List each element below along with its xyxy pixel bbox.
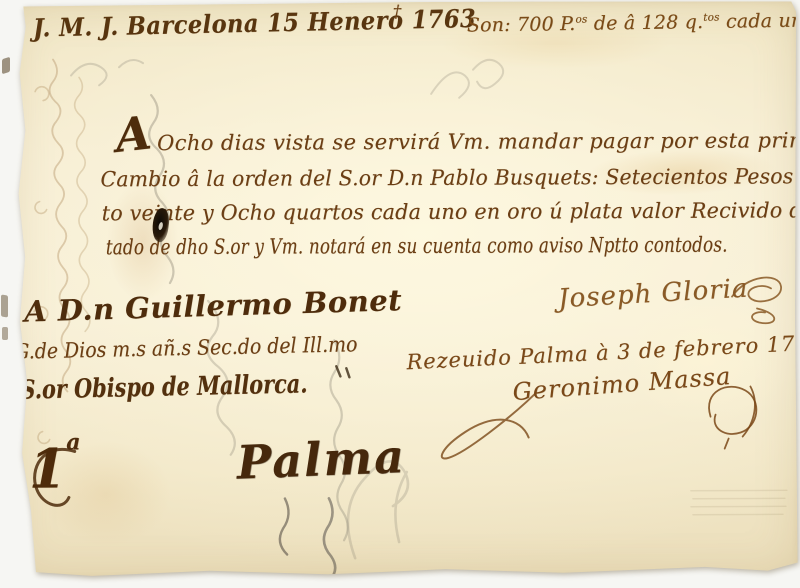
body-line-1: A Ocho dias vista se servirá Vm. mandar … (115, 104, 800, 161)
paper-shadow: J. M. J. Barcelona 15 Henero 1763 † Son:… (12, 2, 798, 578)
copy-mark-sup: a (66, 429, 80, 455)
amount-prefix: Son: 700 P. (467, 13, 576, 37)
amount-suffix: cada uno (720, 9, 800, 32)
scan-edge-mark (1, 294, 8, 317)
copy-mark-main: 1 (29, 436, 67, 500)
payee-line-3: S.or Obispo de Mallorca. (20, 369, 308, 405)
cross-mark: † (393, 2, 402, 22)
scan-edge-mark (2, 57, 10, 75)
amount-mid: de â 128 q. (587, 11, 703, 35)
drawer-signature: Joseph Gloria (557, 274, 749, 315)
document-paper: J. M. J. Barcelona 15 Henero 1763 † Son:… (11, 0, 800, 579)
place-mark: Palma (236, 429, 407, 490)
amount-superscript-1: os (575, 13, 587, 25)
body-line-2: Cambio â la orden del S.or D.n Pablo Bus… (100, 164, 800, 191)
body-line-3: to veinte y Ocho quartos cada uno en oro… (102, 198, 800, 225)
receipt-line: Rezeuido Palma à 3 de febrero 1763/ (406, 330, 800, 374)
amount-line: Son: 700 P.os de â 128 q.tos cada uno (467, 9, 800, 36)
payee-line-1: A D.n Guillermo Bonet (24, 283, 403, 329)
acceptor-signature: Geronimo Massa (512, 362, 733, 406)
scan-edge-mark (2, 327, 8, 340)
scanned-document: J. M. J. Barcelona 15 Henero 1763 † Son:… (0, 0, 800, 588)
amount-superscript-2: tos (703, 11, 720, 23)
drop-cap-initial: A (112, 105, 153, 163)
body-line-4: tado de dho S.or y Vm. notará en su cuen… (106, 233, 728, 260)
copy-mark: 1a (29, 429, 81, 500)
payee-line-2: G.de Dios m.s añ.s Sec.do del Ill.mo (14, 332, 358, 363)
invocation-dateline: J. M. J. Barcelona 15 Henero 1763 (33, 4, 477, 43)
body-line-1-text: Ocho dias vista se servirá Vm. mandar pa… (157, 128, 800, 155)
